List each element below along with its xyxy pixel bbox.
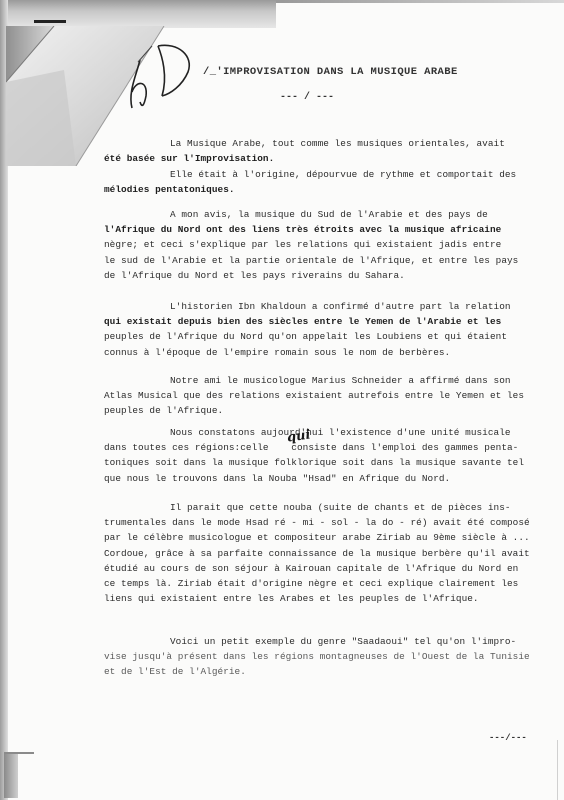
ink-mark [34,20,66,23]
scanned-page: /_'IMPROVISATION DANS LA MUSIQUE ARABE -… [0,0,564,800]
document-title: /_'IMPROVISATION DANS LA MUSIQUE ARABE [203,66,458,78]
text-line: par le célèbre musicologue et compositeu… [104,530,559,545]
text-line: Elle était à l'origine, dépourvue de ryt… [104,167,559,182]
text-line: nègre; et ceci s'explique par les relati… [104,237,559,252]
text-line: connus à l'époque de l'empire romain sou… [104,345,559,360]
paragraph-4: L'historien Ibn Khaldoun a confirmé d'au… [104,299,559,360]
text-line: de l'Afrique du Nord et les pays riverai… [104,268,559,283]
text-line: Il parait que cette nouba (suite de chan… [104,500,559,515]
paragraph-3: A mon avis, la musique du Sud de l'Arabi… [104,207,559,283]
scan-bottom-left-edge [4,752,18,798]
paragraph-7: Il parait que cette nouba (suite de chan… [104,500,559,606]
text-line: peuples de l'Afrique du Nord qu'on appel… [104,329,559,344]
paragraph-1: La Musique Arabe, tout comme les musique… [104,136,559,166]
text-line: et de l'Est de l'Algérie. [104,664,559,679]
text-line: Atlas Musical que des relations existaie… [104,388,559,403]
paragraph-8: Voici un petit exemple du genre "Saadaou… [104,634,559,680]
text-line: l'Afrique du Nord ont des liens très étr… [104,222,559,237]
text-line: peuples de l'Afrique. [104,403,559,418]
text-line: Cordoue, grâce à sa parfaite connaissanc… [104,546,559,561]
text-line: dans toutes ces régions:celle consiste d… [104,440,559,455]
text-line: Nous constatons aujourd'hui l'existence … [104,425,559,440]
text-line: vise jusqu'à présent dans les régions mo… [104,649,559,664]
text-line: été basée sur l'Improvisation. [104,151,559,166]
text-line: toniques soit dans la musique folkloriqu… [104,455,559,470]
text-line: mélodies pentatoniques. [104,182,559,197]
text-line: ce temps là. Ziriab était d'origine nègr… [104,576,559,591]
paragraph-5: Notre ami le musicologue Marius Schneide… [104,373,559,419]
text-line: A mon avis, la musique du Sud de l'Arabi… [104,207,559,222]
text-line: trumentales dans le mode Hsad ré - mi - … [104,515,559,530]
paragraph-2: Elle était à l'origine, dépourvue de ryt… [104,167,559,197]
text-line: que nous le trouvons dans la Nouba "Hsad… [104,471,559,486]
text-line: liens qui existaient entre les Arabes et… [104,591,559,606]
paragraph-6: Nous constatons aujourd'hui l'existence … [104,425,559,486]
text-line: étudié au cours de son séjour à Kairouan… [104,561,559,576]
handwritten-initials-mark [118,36,198,112]
text-line: qui existait depuis bien des siècles ent… [104,314,559,329]
title-separator: --- / --- [280,92,334,103]
page-continuation-mark: ---/--- [489,733,527,743]
scan-right-edge [557,740,558,800]
text-line: Notre ami le musicologue Marius Schneide… [104,373,559,388]
scan-top-shadow [6,0,276,28]
text-line: le sud de l'Arabie et la partie oriental… [104,253,559,268]
text-line: La Musique Arabe, tout comme les musique… [104,136,559,151]
text-line: Voici un petit exemple du genre "Saadaou… [104,634,559,649]
text-line: L'historien Ibn Khaldoun a confirmé d'au… [104,299,559,314]
